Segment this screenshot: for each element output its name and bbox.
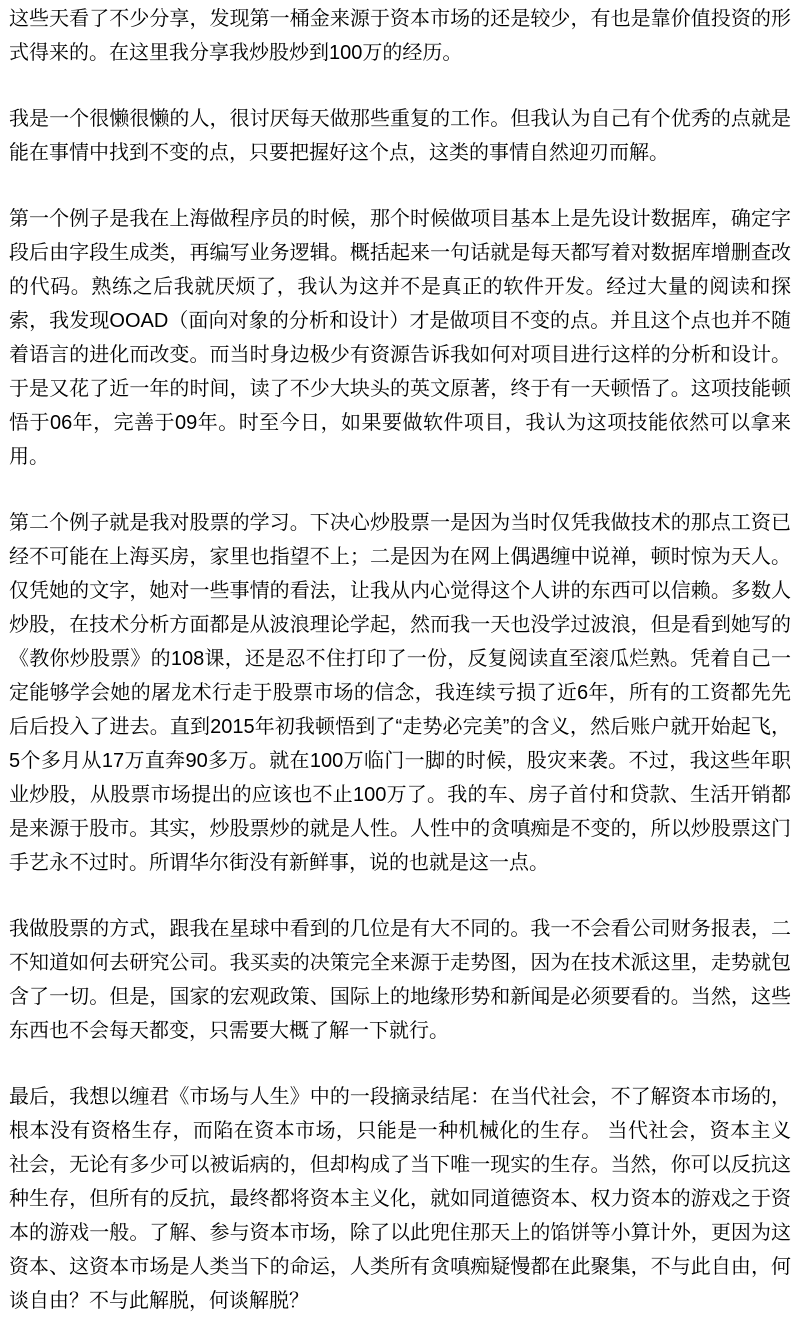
paragraph-intro: 这些天看了不少分享，发现第一桶金来源于资本市场的还是较少，有也是靠价值投资的形式… [9,2,791,70]
paragraph-closing-quote: 最后，我想以缠君《市场与人生》中的一段摘录结尾：在当代社会，不了解资本市场的，根… [9,1080,791,1318]
paragraph-self-description: 我是一个很懒很懒的人，很讨厌每天做那些重复的工作。但我认为自己有个优秀的点就是能… [9,102,791,170]
paragraph-trading-method: 我做股票的方式，跟我在星球中看到的几位是有大不同的。我一不会看公司财务报表，二不… [9,912,791,1048]
paragraph-example-1-programming: 第一个例子是我在上海做程序员的时候，那个时候做项目基本上是先设计数据库，确定字段… [9,202,791,474]
article-body: 这些天看了不少分享，发现第一桶金来源于资本市场的还是较少，有也是靠价值投资的形式… [0,0,800,1318]
paragraph-example-2-stocks: 第二个例子就是我对股票的学习。下决心炒股票一是因为当时仅凭我做技术的那点工资已经… [9,506,791,880]
